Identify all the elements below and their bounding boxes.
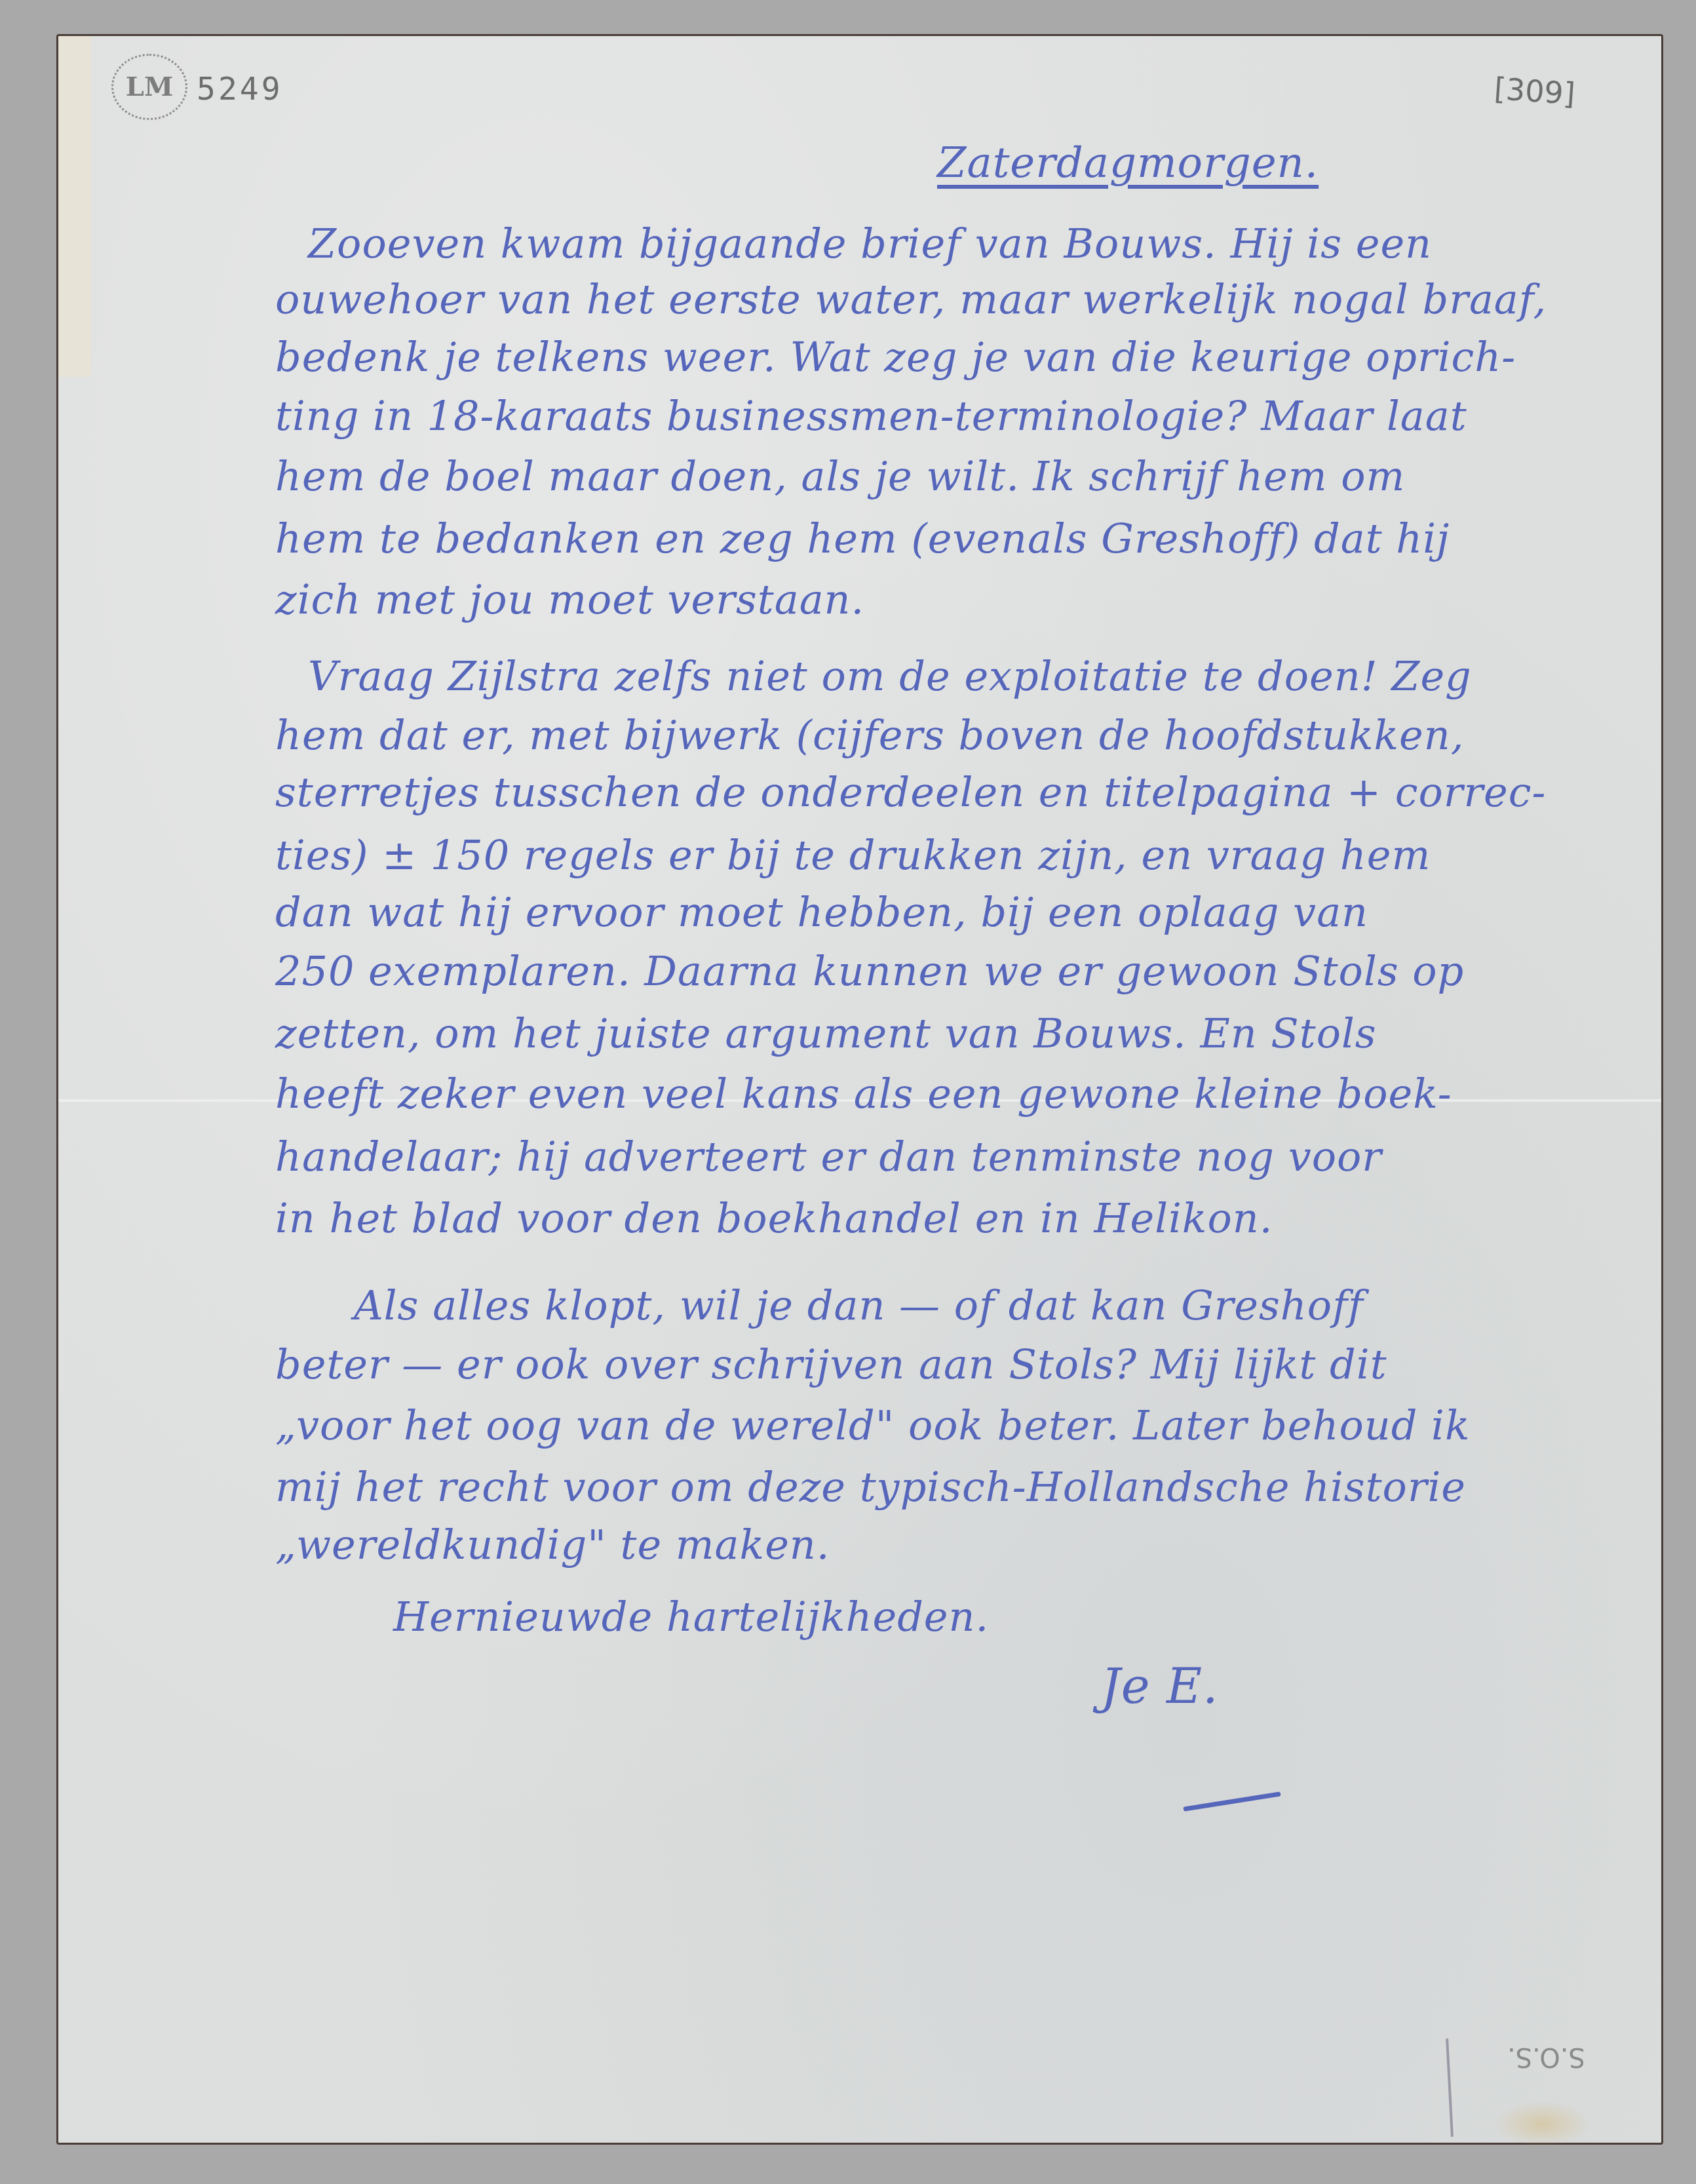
letter-line: Als alles klopt, wil je dan — of dat kan…	[354, 1281, 1364, 1329]
letter-line: hem de boel maar doen, als je wilt. Ik s…	[275, 452, 1405, 500]
letter-line: zetten, om het juiste argument van Bouws…	[275, 1009, 1377, 1057]
letter-line: bedenk je telkens weer. Wat zeg je van d…	[275, 333, 1516, 381]
letter-line: heeft zeker even veel kans als een gewon…	[275, 1070, 1452, 1118]
letter-line: Vraag Zijlstra zelfs niet om de exploita…	[308, 652, 1472, 700]
letter-line: 250 exemplaren. Daarna kunnen we er gewo…	[275, 947, 1464, 995]
letter-closing: Hernieuwde hartelijkheden.	[393, 1593, 989, 1641]
folio-number: [309]	[1493, 71, 1576, 111]
letter-line: handelaar; hij adverteert er dan tenmins…	[275, 1133, 1382, 1180]
letter-line: sterretjes tusschen de onderdeelen en ti…	[275, 768, 1546, 816]
letter-line: beter — er ook over schrijven aan Stols?…	[275, 1340, 1387, 1388]
stain	[1494, 2101, 1592, 2147]
bottom-pencil-note: S.O.S.	[1507, 2042, 1585, 2072]
letter-line: hem te bedanken en zeg hem (evenals Gres…	[275, 515, 1450, 562]
tape-strip	[58, 36, 91, 377]
letter-signature: Je E.	[1101, 1658, 1219, 1715]
letter-line: ties) ± 150 regels er bij te drukken zij…	[275, 831, 1431, 879]
letter-line: dan wat hij ervoor moet hebben, bij een …	[275, 888, 1368, 936]
letter-line: „wereldkundig" te maken.	[275, 1521, 830, 1569]
letter-heading: Zaterdagmorgen.	[937, 139, 1319, 187]
archive-stamp: LM	[111, 54, 187, 120]
archive-number: 5249	[197, 71, 283, 107]
letter-line: hem dat er, met bijwerk (cijfers boven d…	[275, 711, 1464, 759]
letter-line: mij het recht voor om deze typisch-Holla…	[275, 1463, 1466, 1511]
letter-line: „voor het oog van de wereld" ook beter. …	[275, 1401, 1471, 1449]
letter-line: ting in 18-karaats businessmen-terminolo…	[275, 392, 1467, 440]
letter-line: zich met jou moet verstaan.	[275, 575, 864, 623]
letter-line: ouwehoer van het eerste water, maar werk…	[275, 275, 1547, 323]
letter-line: in het blad voor den boekhandel en in He…	[275, 1194, 1273, 1242]
letter-line: Zooeven kwam bijgaande brief van Bouws. …	[308, 220, 1432, 267]
